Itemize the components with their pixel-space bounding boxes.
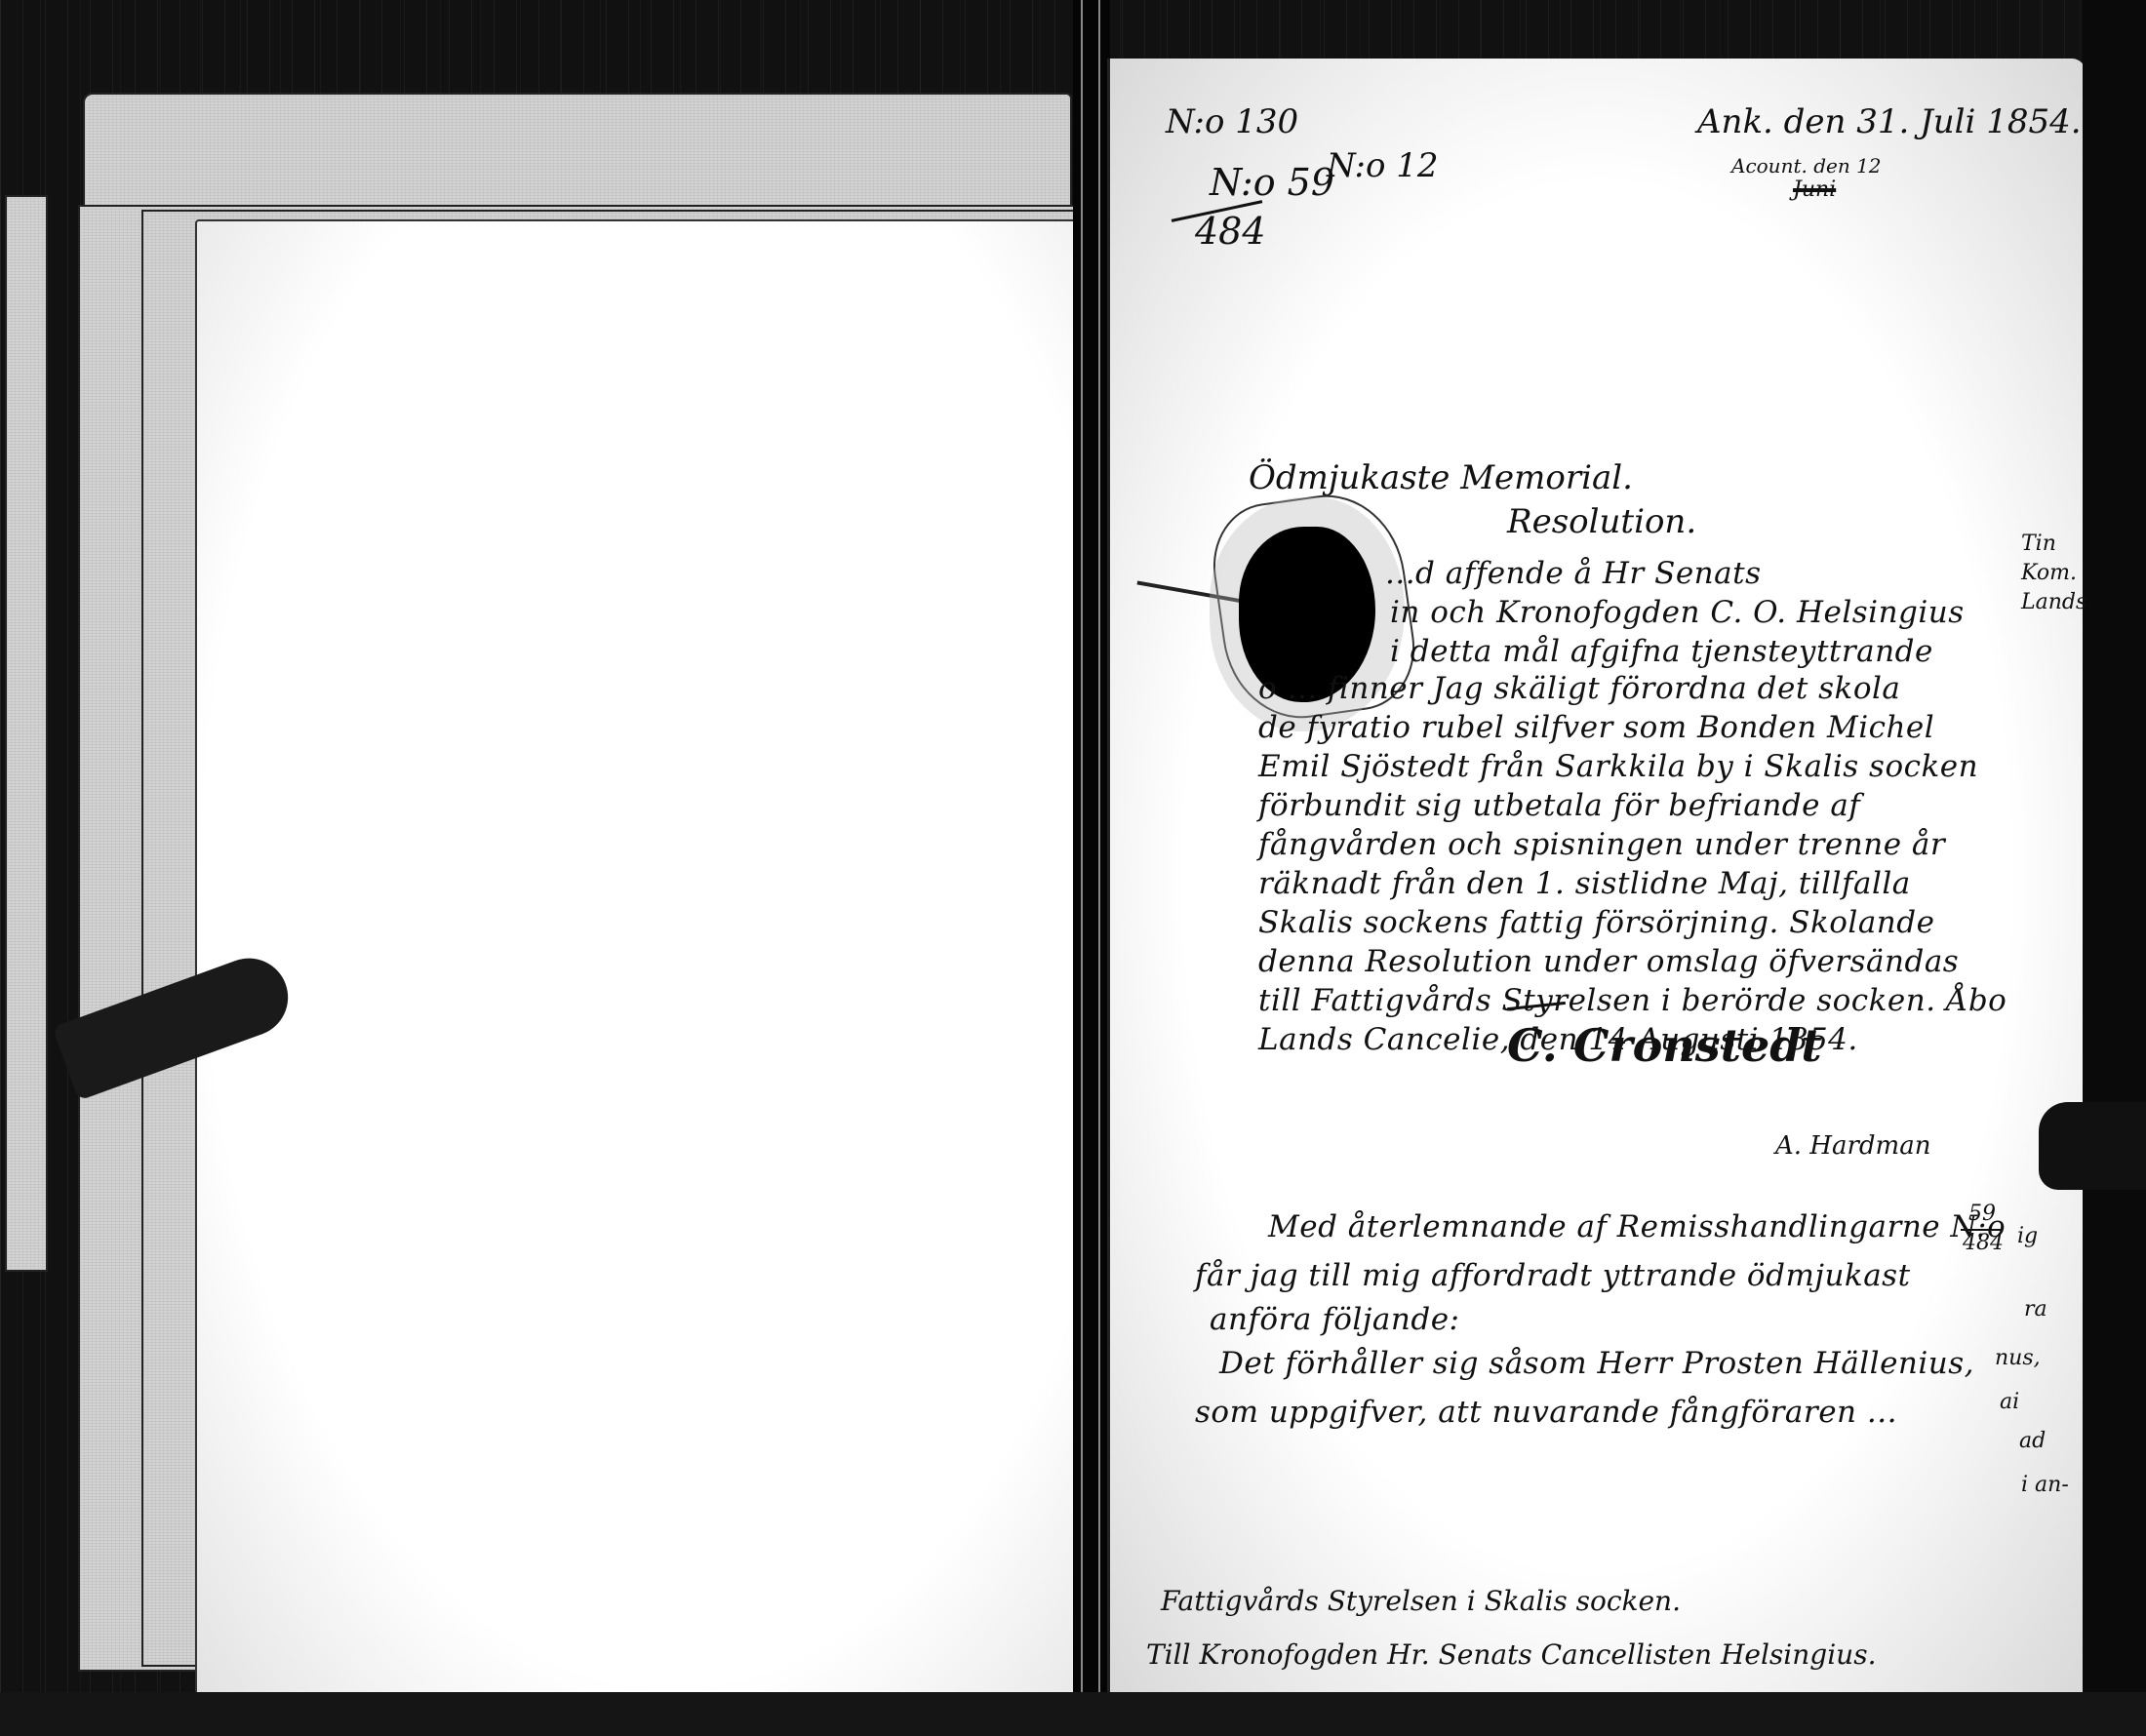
section2-line3: anföra följande:	[1210, 1302, 1459, 1337]
signature-secondary: A. Hardman	[1775, 1131, 1930, 1161]
secondary-note: Acount. den 12	[1731, 154, 1882, 178]
left-edge-sheet	[5, 195, 48, 1272]
spine-line	[1098, 0, 1100, 1736]
margin-note: ad	[2019, 1429, 2046, 1453]
section2-line1: Med återlemnande af Remisshandlingarne N…	[1268, 1209, 2006, 1244]
section2-line4: Det förhåller sig såsom Herr Prosten Häl…	[1219, 1346, 1974, 1381]
struck-word: Juni	[1793, 178, 1836, 202]
margin-note: ra	[2024, 1297, 2047, 1322]
margin-note: ai	[2000, 1390, 2019, 1414]
paper-clip-right	[2039, 1102, 2146, 1190]
case-denominator: 484	[1195, 210, 1266, 253]
ref-numerator: 59	[1968, 1202, 1996, 1226]
body-line: Emil Sjöstedt från Sarkkila by i Skalis …	[1258, 749, 1978, 784]
section2-line2: får jag till mig affordradt yttrande ödm…	[1195, 1258, 1911, 1293]
body-line: o ... finner Jag skäligt förordna det sk…	[1258, 671, 1900, 706]
body-line: in och Kronofogden C. O. Helsingius	[1390, 595, 1965, 630]
margin-note: Kom.	[2021, 561, 2077, 585]
body-line: till Fattigvårds Styrelsen i berörde soc…	[1258, 983, 2007, 1018]
book-spine	[1073, 0, 1110, 1736]
signature-main: C. Cronstedt	[1507, 1019, 1822, 1072]
salutation: Ödmjukaste Memorial.	[1249, 458, 1633, 497]
ref-denominator: 484	[1963, 1231, 2004, 1255]
case-number: N:o 59	[1210, 161, 1334, 204]
body-line: räknadt från den 1. sistlidne Maj, tillf…	[1258, 866, 1911, 901]
margin-note: ig	[2017, 1224, 2038, 1248]
margin-note: nus,	[1995, 1346, 2041, 1370]
margin-note: i an-	[2021, 1473, 2069, 1497]
left-blank-page	[195, 219, 1150, 1696]
right-binding-edge	[2083, 0, 2146, 1736]
addressee-2: Till Kronofogden Hr. Senats Cancellisten…	[1146, 1638, 1876, 1671]
body-line: de fyratio rubel silfver som Bonden Mich…	[1258, 710, 1934, 745]
body-line: i detta mål afgifna tjensteyttrande	[1390, 634, 1933, 669]
spine-line	[1081, 0, 1083, 1736]
center-number: N:o 12	[1327, 146, 1439, 185]
top-left-number: N:o 130	[1166, 102, 1298, 141]
body-line: fångvården och spisningen under trenne å…	[1258, 827, 1945, 862]
body-line: förbundit sig utbetala för befriande af	[1258, 788, 1860, 823]
arrival-note: Ank. den 31. Juli 1854.	[1697, 102, 2082, 141]
scan-bottom-edge	[0, 1692, 2146, 1736]
body-line: ...d affende å Hr Senats	[1385, 556, 1761, 591]
body-line: denna Resolution under omslag öfversända…	[1258, 944, 1959, 979]
margin-note: Tin	[2021, 532, 2056, 556]
margin-note: Lands	[2021, 590, 2086, 614]
body-line: Skalis sockens fattig försörjning. Skola…	[1258, 905, 1934, 940]
section2-line5: som uppgifver, att nuvarande fångföraren…	[1195, 1395, 1897, 1430]
addressee-1: Fattigvårds Styrelsen i Skalis socken.	[1161, 1585, 1681, 1617]
resolution-title: Resolution.	[1507, 502, 1696, 541]
